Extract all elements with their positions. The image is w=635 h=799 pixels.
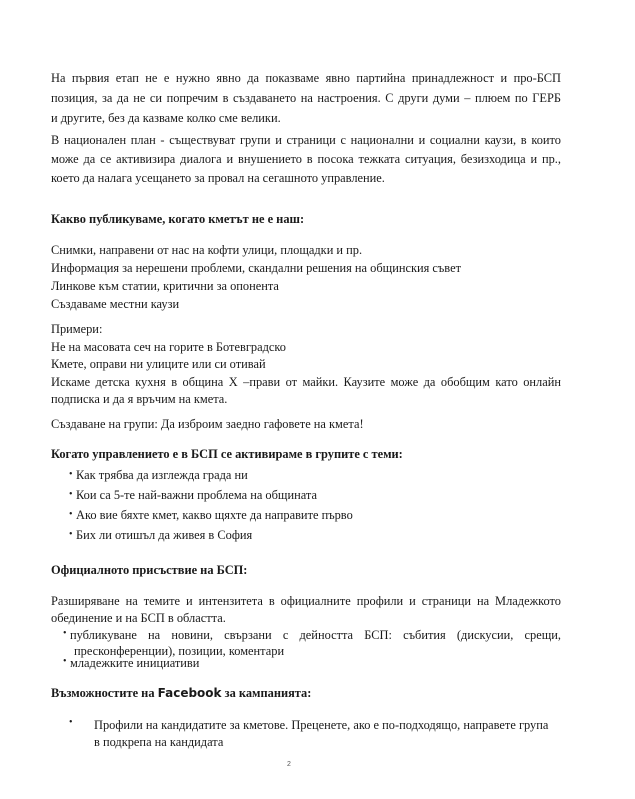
- groups-line: Създаване на групи: Да изброим заедно га…: [51, 417, 364, 432]
- list-item: Информация за нерешени проблеми, скандал…: [51, 261, 461, 276]
- bullet-item: Бих ли отишъл да живея в София: [76, 528, 252, 543]
- bullet-icon: •: [69, 527, 73, 542]
- bullet-item: младежките инициативи: [70, 656, 199, 671]
- bullet-item: Профили на кандидатите за кметове. Преце…: [94, 718, 548, 733]
- bullet-item-continued: в подкрепа на кандидата: [94, 735, 223, 750]
- example-item: Не на масовата сеч на горите в Ботевград…: [51, 340, 286, 355]
- paragraph-1-line-3: и другите, без да казваме колко сме вели…: [51, 111, 281, 126]
- example-item: Искаме детска кухня в община Х –прави от…: [51, 375, 561, 390]
- list-item: Създаваме местни каузи: [51, 297, 179, 312]
- examples-label: Примери:: [51, 322, 102, 337]
- facebook-brand: Facebook: [158, 686, 222, 700]
- section-heading-official-presence: Официалното присъствие на БСП:: [51, 563, 247, 578]
- page-number: 2: [287, 761, 291, 768]
- section-3-text-line-2: обединение и на БСП в областта.: [51, 611, 226, 626]
- bullet-icon: •: [69, 467, 73, 482]
- bullet-icon: •: [69, 487, 73, 502]
- bullet-icon: •: [69, 715, 73, 730]
- list-item: Линкове към статии, критични за опонента: [51, 279, 279, 294]
- section-3-text-line-1: Разширяване на темите и интензитета в оф…: [51, 594, 561, 609]
- list-item: Снимки, направени от нас на кофти улици,…: [51, 243, 362, 258]
- paragraph-1-line-1: На първия етап не е нужно явно да показв…: [51, 71, 561, 86]
- bullet-icon: •: [63, 626, 67, 641]
- example-item: Кмете, оправи ни улиците или си отивай: [51, 357, 266, 372]
- paragraph-2-line-1: В национален план - съществуват групи и …: [51, 133, 561, 148]
- section-heading-bsp-governs: Когато управлението е в БСП се активирам…: [51, 447, 403, 462]
- bullet-item: публикуване на новини, свързани с дейнос…: [70, 628, 561, 643]
- heading-pre: Възможностите на: [51, 686, 158, 700]
- section-heading-facebook: Възможностите на Facebook за кампанията:: [51, 686, 311, 701]
- section-heading-not-our-mayor: Какво публикуваме, когато кметът не е на…: [51, 212, 304, 227]
- example-item: подписка и да я връчим на кмета.: [51, 392, 227, 407]
- bullet-icon: •: [69, 507, 73, 522]
- bullet-item: Как трябва да изглежда града ни: [76, 468, 248, 483]
- paragraph-2-line-3: което да налага усещането за провал на с…: [51, 171, 385, 186]
- paragraph-2-line-2: може да се активизира диалога и внушение…: [51, 152, 561, 167]
- paragraph-1-line-2: позиция, за да не си попречим в създаван…: [51, 91, 561, 106]
- bullet-item: Кои са 5-те най-важни проблема на община…: [76, 488, 317, 503]
- bullet-icon: •: [63, 654, 67, 669]
- heading-post: за кампанията:: [222, 686, 312, 700]
- bullet-item: Ако вие бяхте кмет, какво щяхте да напра…: [76, 508, 353, 523]
